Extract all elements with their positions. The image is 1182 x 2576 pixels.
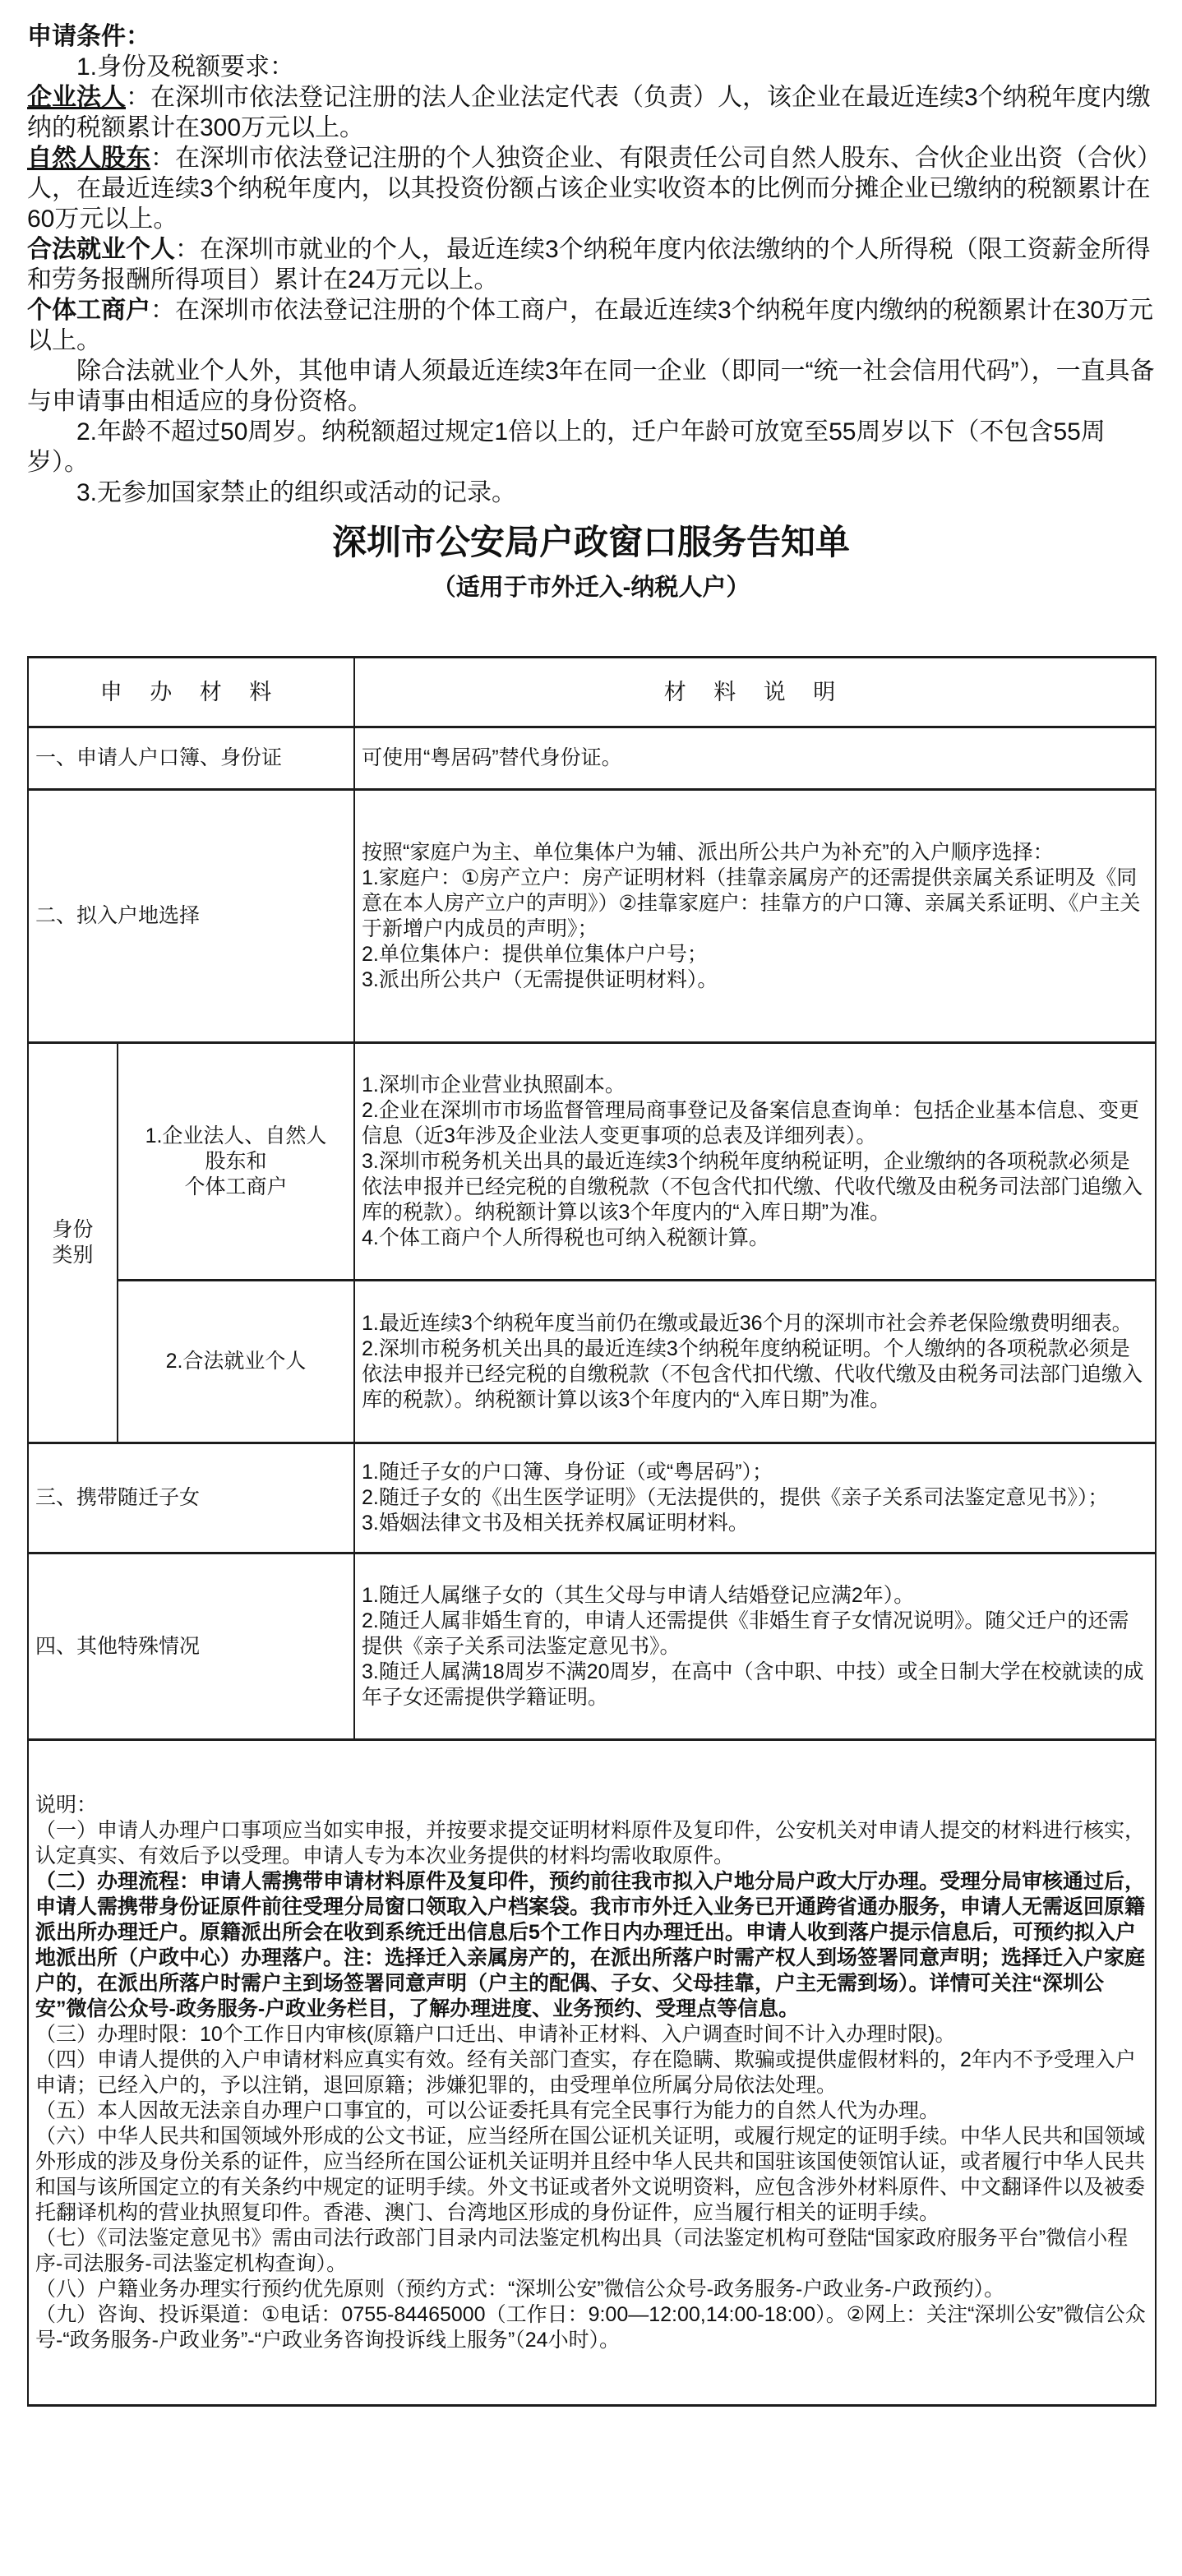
cell-line: 1.随迁子女的户口簿、身份证（或“粤居码”）； [362,1460,1148,1485]
cell-line: 1.家庭户：①房产立户：房产证明材料（挂靠亲属房产的还需提供亲属关系证明及《同意… [362,866,1148,942]
definition-text: ：在深圳市依法登记注册的个人独资企业、有限责任公司自然人股东、合伙企业出资（合伙… [27,145,1151,233]
notes-section: 说明： （一）申请人办理户口事项应当如实申报，并按要求提交证明材料原件及复印件，… [28,1740,1156,2406]
cell-line: 3.派出所公共户（无需提供证明材料）。 [362,967,1148,993]
note-3-time-limit: （三）办理时限：10个工作日内审核(原籍户口迁出、申请补正材料、入户调查时间不计… [35,2022,1148,2047]
cell-line: 3.随迁人属满18周岁不满20周岁，在高中（含中职、中技）或全日制大学在校就读的… [362,1660,1148,1710]
condition-exception-paragraph: 除合法就业个人外，其他申请人须最近连续3年在同一企业（即同一“统一社会信用代码”… [27,356,1155,417]
definition-natural-person-shareholder: 自然人股东：在深圳市依法登记注册的个人独资企业、有限责任公司自然人股东、合伙企业… [27,143,1155,234]
group-label-line: 身份 [35,1217,110,1243]
notes-label: 说明： [35,1793,1148,1818]
label-line: 股东和 [125,1149,347,1175]
document-title: 深圳市公安局户政窗口服务告知单 [0,521,1182,564]
definition-individual-business: 个体工商户：在深圳市依法登记注册的个体工商户，在最近连续3个纳税年度内缴纳的税额… [27,295,1155,356]
materials-table: 申 办 材 料 材 料 说 明 一、申请人户口簿、身份证 可使用“粤居码”替代身… [27,656,1157,2407]
definition-enterprise-legal-person: 企业法人：在深圳市依法登记注册的法人企业法定代表（负责）人，该企业在最近连续3个… [27,82,1155,143]
definition-term: 个体工商户 [27,297,150,324]
note-7: （七）《司法鉴定意见书》需由司法行政部门目录内司法鉴定机构出具（司法鉴定机构可登… [35,2226,1148,2277]
notice-document: 申请条件： 1.身份及税额要求： 企业法人：在深圳市依法登记注册的法人企业法定代… [0,21,1182,2407]
row-label-special-cases: 四、其他特殊情况 [28,1553,354,1740]
note-1: （一）申请人办理户口事项应当如实申报，并按要求提交证明材料原件及复印件，公安机关… [35,1818,1148,1869]
definition-legally-employed-person: 合法就业个人：在深圳市就业的个人，最近连续3个纳税年度内依法缴纳的个人所得税（限… [27,234,1155,295]
table-row-special-cases: 四、其他特殊情况 1.随迁人属继子女的（其生父母与申请人结婚登记应满2年）。 2… [28,1553,1156,1740]
definition-term: 企业法人 [27,84,126,111]
note-4: （四）申请人提供的入户申请材料应真实有效。经有关部门查实，存在隐瞒、欺骗或提供虚… [35,2047,1148,2098]
cell-line: 1.深圳市企业营业执照副本。 [362,1073,1148,1098]
row-content-id-card: 可使用“粤居码”替代身份证。 [354,727,1156,790]
row-group-label-identity-category: 身份 类别 [28,1043,118,1443]
definition-text: ：在深圳市就业的个人，最近连续3个纳税年度内依法缴纳的个人所得税（限工资薪金所得… [27,236,1151,293]
note-2-process: （二）办理流程：申请人需携带申请材料原件及复印件，预约前往我市拟入户地分局户政大… [35,1869,1148,2022]
row-content-legally-employed: 1.最近连续3个纳税年度当前仍在缴或最近36个月的深圳市社会养老保险缴费明细表。… [354,1281,1156,1443]
header-description-column: 材 料 说 明 [354,658,1156,727]
note-5: （五）本人因故无法亲自办理户口事宜的，可以公证委托具有完全民事行为能力的自然人代… [35,2098,1148,2124]
table-row-accompanying-children: 三、携带随迁子女 1.随迁子女的户口簿、身份证（或“粤居码”）； 2.随迁子女的… [28,1443,1156,1553]
table-header-row: 申 办 材 料 材 料 说 明 [28,658,1156,727]
label-line: 1.企业法人、自然人 [125,1124,347,1149]
header-materials-column: 申 办 材 料 [28,658,354,727]
condition-item-identity-tax: 1.身份及税额要求： [27,52,1155,82]
condition-item-no-banned-activity: 3.无参加国家禁止的组织或活动的记录。 [27,478,1155,508]
row-label-id-card: 一、申请人户口簿、身份证 [28,727,354,790]
definition-text: ：在深圳市依法登记注册的法人企业法定代表（负责）人，该企业在最近连续3个纳税年度… [27,84,1151,141]
definition-term: 自然人股东 [27,145,150,172]
table-row-identity-business: 身份 类别 1.企业法人、自然人 股东和 个体工商户 1.深圳市企业营业执照副本… [28,1043,1156,1281]
table-row-id-card: 一、申请人户口簿、身份证 可使用“粤居码”替代身份证。 [28,727,1156,790]
document-subtitle: （适用于市外迁入-纳税人户） [0,572,1182,603]
cell-line: 2.企业在深圳市市场监督管理局商事登记及备案信息查询单：包括企业基本信息、变更信… [362,1098,1148,1149]
row-content-accompanying-children: 1.随迁子女的户口簿、身份证（或“粤居码”）； 2.随迁子女的《出生医学证明》（… [354,1443,1156,1553]
cell-line: 2.深圳市税务机关出具的最近连续3个纳税年度纳税证明。个人缴纳的各项税款必须是依… [362,1336,1148,1413]
row-content-residence-choice: 按照“家庭户为主、单位集体户为辅、派出所公共户为补充”的入户顺序选择： 1.家庭… [354,790,1156,1043]
row-content-special-cases: 1.随迁人属继子女的（其生父母与申请人结婚登记应满2年）。 2.随迁人属非婚生育… [354,1553,1156,1740]
group-label-line: 类别 [35,1243,110,1268]
cell-line: 4.个体工商户个人所得税也可纳入税额计算。 [362,1226,1148,1251]
row-content-business-owners: 1.深圳市企业营业执照副本。 2.企业在深圳市市场监督管理局商事登记及备案信息查… [354,1043,1156,1281]
conditions-heading: 申请条件： [27,21,1155,52]
table-row-residence-choice: 二、拟入户地选择 按照“家庭户为主、单位集体户为辅、派出所公共户为补充”的入户顺… [28,790,1156,1043]
condition-item-age: 2.年龄不超过50周岁。纳税额超过规定1倍以上的，迁户年龄可放宽至55周岁以下（… [27,417,1155,478]
note-9-contact: （九）咨询、投诉渠道：①电话：0755-84465000（工作日：9:00—12… [35,2302,1148,2353]
application-conditions-section: 申请条件： 1.身份及税额要求： 企业法人：在深圳市依法登记注册的法人企业法定代… [27,21,1155,508]
row-label-business-owners: 1.企业法人、自然人 股东和 个体工商户 [118,1043,354,1281]
row-label-residence-choice: 二、拟入户地选择 [28,790,354,1043]
cell-line: 1.随迁人属继子女的（其生父母与申请人结婚登记应满2年）。 [362,1583,1148,1609]
cell-line: 可使用“粤居码”替代身份证。 [362,746,1148,771]
cell-line: 3.婚姻法律文书及相关抚养权属证明材料。 [362,1511,1148,1536]
definition-text: ：在深圳市依法登记注册的个体工商户，在最近连续3个纳税年度内缴纳的税额累计在30… [27,297,1153,354]
cell-line: 1.最近连续3个纳税年度当前仍在缴或最近36个月的深圳市社会养老保险缴费明细表。 [362,1311,1148,1336]
cell-line: 2.随迁人属非婚生育的，申请人还需提供《非婚生育子女情况说明》。随父迁户的还需提… [362,1609,1148,1660]
cell-line: 按照“家庭户为主、单位集体户为辅、派出所公共户为补充”的入户顺序选择： [362,840,1148,866]
table-row-identity-employed: 2.合法就业个人 1.最近连续3个纳税年度当前仍在缴或最近36个月的深圳市社会养… [28,1281,1156,1443]
label-line: 个体工商户 [125,1175,347,1200]
cell-line: 2.单位集体户：提供单位集体户户号； [362,942,1148,967]
note-8: （八）户籍业务办理实行预约优先原则（预约方式：“深圳公安”微信公众号-政务服务-… [35,2277,1148,2302]
row-label-legally-employed: 2.合法就业个人 [118,1281,354,1443]
cell-line: 3.深圳市税务机关出具的最近连续3个纳税年度纳税证明，企业缴纳的各项税款必须是依… [362,1149,1148,1226]
definition-term: 合法就业个人 [27,236,175,263]
note-6: （六）中华人民共和国领域外形成的公文书证，应当经所在国公证机关证明，或履行规定的… [35,2124,1148,2226]
cell-line: 2.随迁子女的《出生医学证明》（无法提供的，提供《亲子关系司法鉴定意见书》）； [362,1485,1148,1511]
table-row-notes: 说明： （一）申请人办理户口事项应当如实申报，并按要求提交证明材料原件及复印件，… [28,1740,1156,2406]
row-label-accompanying-children: 三、携带随迁子女 [28,1443,354,1553]
